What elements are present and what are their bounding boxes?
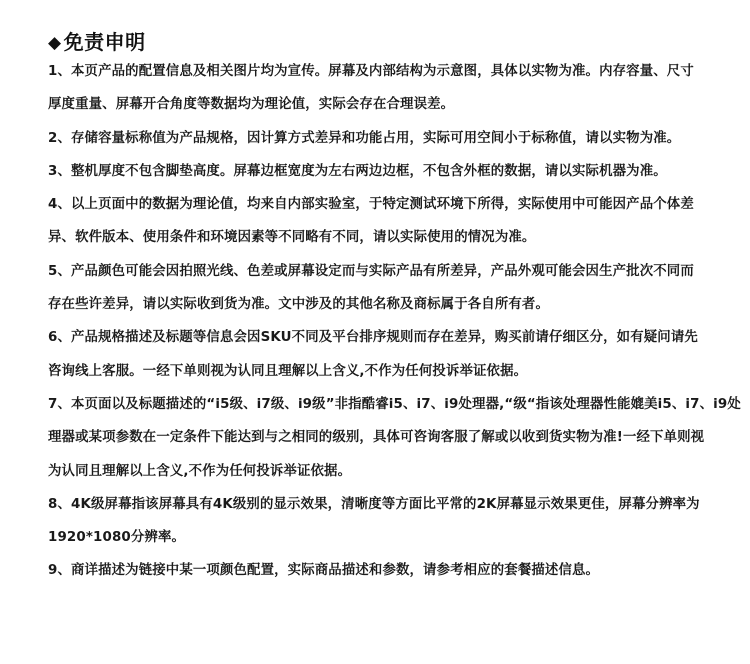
disclaimer-line: 4、以上页面中的数据为理论值，均来自内部实验室，于特定测试环境下所得，实际使用中…: [48, 194, 738, 227]
disclaimer-line: 2、存储容量标称值为产品规格，因计算方式差异和功能占用，实际可用空间小于标称值，…: [48, 128, 738, 161]
disclaimer-item-7: 7、本页面以及标题描述的“i5级、i7级、i9级”非指酷睿i5、i7、i9处理器…: [48, 394, 738, 494]
disclaimer-line: 异、软件版本、使用条件和环境因素等不同略有不同，请以实际使用的情况为准。: [48, 227, 738, 260]
disclaimer-line: 7、本页面以及标题描述的“i5级、i7级、i9级”非指酷睿i5、i7、i9处理器…: [48, 394, 738, 427]
disclaimer-item-3: 3、整机厚度不包含脚垫高度。屏幕边框宽度为左右两边边框，不包含外框的数据，请以实…: [48, 161, 738, 194]
diamond-icon: ◆: [48, 30, 62, 56]
disclaimer-item-5: 5、产品颜色可能会因拍照光线、色差或屏幕设定而与实际产品有所差异，产品外观可能会…: [48, 261, 738, 328]
disclaimer-item-2: 2、存储容量标称值为产品规格，因计算方式差异和功能占用，实际可用空间小于标称值，…: [48, 128, 738, 161]
disclaimer-line: 8、4K级屏幕指该屏幕具有4K级别的显示效果，清晰度等方面比平常的2K屏幕显示效…: [48, 494, 738, 527]
disclaimer-line: 1、本页产品的配置信息及相关图片均为宣传。屏幕及内部结构为示意图，具体以实物为准…: [48, 61, 738, 94]
disclaimer-item-6: 6、产品规格描述及标题等信息会因SKU不同及平台排序规则而存在差异，购买前请仔细…: [48, 327, 738, 394]
disclaimer-list: 1、本页产品的配置信息及相关图片均为宣传。屏幕及内部结构为示意图，具体以实物为准…: [48, 61, 738, 594]
disclaimer-item-4: 4、以上页面中的数据为理论值，均来自内部实验室，于特定测试环境下所得，实际使用中…: [48, 194, 738, 261]
disclaimer-item-9: 9、商详描述为链接中某一项颜色配置，实际商品描述和参数，请参考相应的套餐描述信息…: [48, 560, 738, 593]
disclaimer-line: 理器或某项参数在一定条件下能达到与之相同的级别，具体可咨询客服了解或以收到货实物…: [48, 427, 738, 460]
disclaimer-line: 5、产品颜色可能会因拍照光线、色差或屏幕设定而与实际产品有所差异，产品外观可能会…: [48, 261, 738, 294]
disclaimer-line: 存在些许差异，请以实际收到货为准。文中涉及的其他名称及商标属于各自所有者。: [48, 294, 738, 327]
page-title: ◆免责申明: [48, 29, 146, 56]
disclaimer-item-8: 8、4K级屏幕指该屏幕具有4K级别的显示效果，清晰度等方面比平常的2K屏幕显示效…: [48, 494, 738, 561]
disclaimer-line: 3、整机厚度不包含脚垫高度。屏幕边框宽度为左右两边边框，不包含外框的数据，请以实…: [48, 161, 738, 194]
disclaimer-line: 厚度重量、屏幕开合角度等数据均为理论值，实际会存在合理误差。: [48, 94, 738, 127]
page-title-text: 免责申明: [64, 30, 146, 54]
disclaimer-item-1: 1、本页产品的配置信息及相关图片均为宣传。屏幕及内部结构为示意图，具体以实物为准…: [48, 61, 738, 128]
disclaimer-line: 为认同且理解以上含义,不作为任何投诉举证依据。: [48, 461, 738, 494]
disclaimer-line: 9、商详描述为链接中某一项颜色配置，实际商品描述和参数，请参考相应的套餐描述信息…: [48, 560, 738, 593]
disclaimer-line: 1920*1080分辨率。: [48, 527, 738, 560]
disclaimer-line: 6、产品规格描述及标题等信息会因SKU不同及平台排序规则而存在差异，购买前请仔细…: [48, 327, 738, 360]
disclaimer-line: 咨询线上客服。一经下单则视为认同且理解以上含义,不作为任何投诉举证依据。: [48, 361, 738, 394]
